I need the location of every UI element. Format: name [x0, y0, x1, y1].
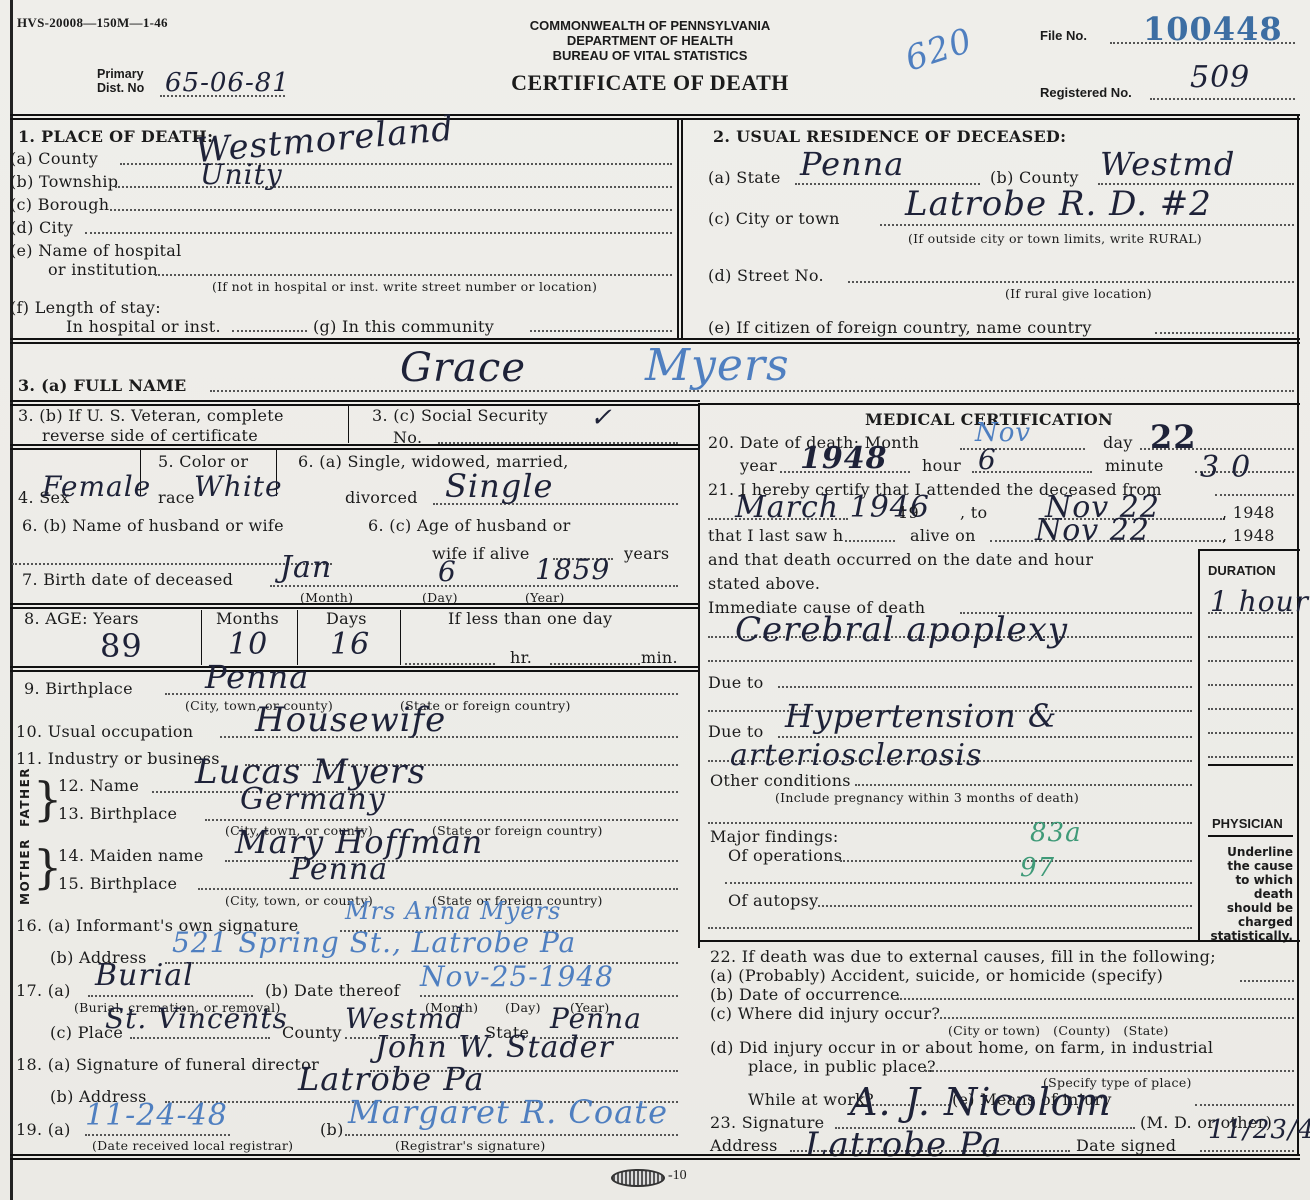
- age-months-value[interactable]: 10: [228, 627, 268, 662]
- father-birthplace-label: 13. Birthplace: [58, 804, 177, 823]
- due-to-label-1: Due to: [708, 673, 764, 692]
- residence-county-value[interactable]: Westmd: [1100, 145, 1235, 183]
- file-no-label: File No.: [1040, 28, 1087, 43]
- hospital-label-1: (e) Name of hospital: [10, 241, 182, 260]
- spouse-age-label-1: 6. (c) Age of husband or: [368, 516, 571, 535]
- residence-city-note: (If outside city or town limits, write R…: [908, 231, 1202, 246]
- operations-line: [840, 860, 1192, 862]
- external-d-label-1: (d) Did injury occur in or about home, o…: [710, 1038, 1213, 1057]
- autopsy-label: Of autopsy: [728, 891, 819, 910]
- burial-type-line: [88, 995, 253, 997]
- birth-year-value[interactable]: 1859: [535, 553, 610, 586]
- min-line: [550, 663, 640, 665]
- spouse-name-label: 6. (b) Name of husband or wife: [22, 516, 284, 535]
- statement-line-1: and that death occurred on the date and …: [708, 550, 1093, 569]
- due-to-line-1: [778, 686, 1192, 688]
- external-c-line: [940, 1017, 1294, 1019]
- duration-line-5: [1208, 708, 1293, 710]
- external-heading: 22. If death was due to external causes,…: [710, 947, 1216, 966]
- birthplace-label: 9. Birthplace: [24, 679, 133, 698]
- other-conditions-line: [855, 784, 1192, 786]
- death-hour-label: hour: [922, 456, 961, 475]
- age-years-value[interactable]: 89: [100, 627, 143, 665]
- residence-street-label: (d) Street No.: [708, 266, 824, 285]
- autopsy-line: [818, 905, 1192, 907]
- primary-dist-label: Primary Dist. No: [97, 67, 144, 95]
- duration-line-7: [1208, 756, 1293, 758]
- duration-line-6: [1208, 732, 1293, 734]
- file-no-value[interactable]: 100448: [1143, 10, 1283, 48]
- stay-community-line: [530, 330, 672, 332]
- burial-date-line: [420, 995, 678, 997]
- other-conditions-line-2: [708, 822, 1192, 824]
- agency-block: COMMONWEALTH OF PENNSYLVANIA DEPARTMENT …: [470, 18, 830, 63]
- hospital-note: (If not in hospital or inst. write stree…: [212, 279, 597, 294]
- duration-line-1: [1208, 612, 1293, 614]
- city-line: [85, 232, 672, 234]
- external-b-label: (b) Date of occurrence: [710, 985, 900, 1004]
- major-findings-label: Major findings:: [710, 827, 839, 846]
- burial-day-caption: (Day): [505, 1000, 541, 1015]
- attended-to-year: , 1948: [1222, 503, 1275, 522]
- duration-bottom-rule: [1208, 764, 1293, 766]
- immediate-cause-value[interactable]: Cerebral apoplexy: [735, 610, 1068, 650]
- age-days-label: Days: [326, 609, 367, 628]
- spouse-age-unit: years: [624, 544, 669, 563]
- parents-side-label: MOTHER FATHER: [18, 767, 32, 905]
- form-code: HVS-20008—150M—1-46: [17, 15, 168, 31]
- agency-line-2: DEPARTMENT OF HEALTH: [470, 33, 830, 48]
- full-name-label: 3. (a) FULL NAME: [18, 376, 186, 395]
- registrar-signature-value[interactable]: Margaret R. Coate: [348, 1093, 668, 1131]
- marital-value[interactable]: Single: [445, 467, 553, 505]
- union-label-icon: [611, 1169, 665, 1187]
- residence-city-value[interactable]: Latrobe R. D. #2: [905, 184, 1212, 224]
- borough-line: [110, 209, 672, 211]
- first-name-value[interactable]: Grace: [400, 345, 526, 391]
- physician-note: Underline the cause to which death shoul…: [1210, 845, 1293, 943]
- external-c-label: (c) Where did injury occur?: [710, 1004, 940, 1023]
- duration-line-3: [1208, 660, 1293, 662]
- veteran-label-2: reverse side of certificate: [42, 426, 258, 445]
- burial-place-line: [130, 1037, 270, 1039]
- registered-no-label: Registered No.: [1040, 85, 1132, 100]
- township-label: (b) Township: [10, 172, 118, 191]
- residence-city-label: (c) City or town: [708, 209, 840, 228]
- agency-line-3: BUREAU OF VITAL STATISTICS: [470, 48, 830, 63]
- residence-state-label: (a) State: [708, 168, 781, 187]
- external-d-label-2: place, in public place?: [748, 1057, 936, 1076]
- residence-state-value[interactable]: Penna: [800, 145, 904, 183]
- age-days-value[interactable]: 16: [330, 627, 370, 662]
- registered-no-line: [1150, 98, 1295, 100]
- death-day-value[interactable]: 22: [1150, 418, 1197, 456]
- residence-street-line: [848, 281, 1294, 283]
- name-divider-right: [700, 403, 1300, 405]
- right-border: [1297, 114, 1299, 1154]
- margin-note: 620: [900, 20, 977, 79]
- external-b-line: [897, 998, 1294, 1000]
- burial-type-label: 17. (a): [16, 981, 71, 1000]
- registrar-date-label: 19. (a): [16, 1120, 71, 1139]
- hr-line: [405, 663, 495, 665]
- hospital-line: [155, 274, 672, 276]
- borough-label: (c) Borough: [10, 195, 109, 214]
- external-c-caption: (City or town) (County) (State): [948, 1023, 1169, 1038]
- external-a-label: (a) (Probably) Accident, suicide, or hom…: [710, 966, 1163, 985]
- section-divider-vertical: [677, 120, 683, 340]
- birth-date-line: [270, 585, 678, 587]
- registrar-signature-label: (b): [320, 1120, 344, 1139]
- external-e-line: [1195, 1104, 1294, 1106]
- registered-no-value[interactable]: 509: [1190, 60, 1250, 95]
- residence-heading: 2. USUAL RESIDENCE OF DECEASED:: [713, 127, 1066, 146]
- birth-date-label: 7. Birth date of deceased: [22, 570, 233, 589]
- physician-address-label: Address: [710, 1136, 778, 1155]
- ssn-value[interactable]: ✓: [590, 403, 613, 433]
- min-label: min.: [641, 648, 678, 667]
- foreign-country-label: (e) If citizen of foreign country, name …: [708, 318, 1092, 337]
- residence-street-note: (If rural give location): [1005, 286, 1152, 301]
- birth-day-value[interactable]: 6: [438, 555, 457, 588]
- operations-line-2: [725, 882, 1192, 884]
- physician-signature-value[interactable]: A. J. Nicolom: [850, 1080, 1112, 1124]
- residence-city-line: [880, 224, 1294, 226]
- burial-place-value[interactable]: St. Vincents: [105, 1002, 288, 1035]
- age-divider: [10, 666, 700, 672]
- alive-on-label: alive on: [910, 526, 976, 545]
- other-conditions-note: (Include pregnancy within 3 months of de…: [775, 790, 1079, 805]
- death-year-value[interactable]: 1948: [800, 441, 888, 476]
- duration-line-2: [1208, 636, 1293, 638]
- operations-label: Of operations: [728, 846, 842, 865]
- father-name-label: 12. Name: [58, 776, 139, 795]
- place-of-death-heading: 1. PLACE OF DEATH:: [18, 127, 213, 146]
- last-name-value[interactable]: Myers: [645, 340, 790, 391]
- occupation-label: 10. Usual occupation: [16, 722, 193, 741]
- funeral-director-label: 18. (a) Signature of funeral director: [16, 1055, 319, 1074]
- ssn-divider: [10, 444, 700, 450]
- last-saw-pronoun-line: [845, 540, 895, 542]
- mother-birthplace-value[interactable]: Penna: [290, 852, 388, 887]
- physician-rule: [1208, 835, 1293, 837]
- burial-date-value[interactable]: Nov-25-1948: [420, 960, 614, 993]
- hr-label: hr.: [510, 648, 532, 667]
- veteran-label-1: 3. (b) If U. S. Veteran, complete: [18, 406, 284, 425]
- registrar-date-value[interactable]: 11-24-48: [85, 1098, 228, 1133]
- due-to-value[interactable]: Hypertension &: [785, 697, 1057, 735]
- birthplace-value[interactable]: Penna: [205, 658, 309, 696]
- agency-line-1: COMMONWEALTH OF PENNSYLVANIA: [470, 18, 830, 33]
- immediate-cause-line-3: [708, 660, 1192, 662]
- color-label-1: 5. Color or: [158, 452, 248, 471]
- city-label: (d) City: [10, 218, 73, 237]
- age-divider-1: [201, 610, 202, 665]
- ssn-label-1: 3. (c) Social Security: [372, 406, 548, 425]
- death-minute-label: minute: [1105, 456, 1164, 475]
- physician-heading: PHYSICIAN: [1212, 816, 1283, 831]
- occupation-value[interactable]: Housewife: [255, 700, 446, 740]
- death-hour-value[interactable]: 6: [978, 443, 997, 476]
- duration-line-4: [1208, 684, 1293, 686]
- hospital-label-2: or institution: [48, 260, 158, 279]
- last-saw-value[interactable]: Nov 22: [1035, 513, 1150, 548]
- code-2: 97: [1020, 853, 1055, 883]
- last-saw-year: , 1948: [1222, 526, 1275, 545]
- color-value[interactable]: White: [194, 470, 283, 503]
- death-minute-value[interactable]: 30: [1200, 450, 1262, 485]
- certificate-title: CERTIFICATE OF DEATH: [470, 70, 830, 96]
- date-signed-value[interactable]: 11/23/48: [1208, 1115, 1310, 1145]
- duration-heading: DURATION: [1208, 563, 1276, 578]
- township-value[interactable]: Unity: [200, 158, 283, 191]
- primary-dist-value[interactable]: 65-06-81: [165, 68, 290, 98]
- age-divider-2: [297, 610, 298, 665]
- external-d-line: [925, 1070, 1294, 1072]
- date-signed-line: [1200, 1150, 1294, 1152]
- informant-signature-value[interactable]: Mrs Anna Myers: [345, 897, 561, 925]
- stay-community-label: (g) In this community: [313, 317, 494, 336]
- medical-bottom-rule: [698, 940, 1300, 942]
- township-line: [115, 186, 672, 188]
- due-to-value-2[interactable]: arteriosclerosis: [730, 738, 982, 773]
- date-signed-label: Date signed: [1076, 1136, 1176, 1155]
- header-divider: [10, 114, 1300, 120]
- mother-maiden-label: 14. Maiden name: [58, 846, 204, 865]
- color-label-2: race: [158, 488, 195, 507]
- age-divider-3: [400, 610, 401, 665]
- other-conditions-label: Other conditions: [710, 771, 851, 790]
- registrar-date-caption: (Date received local registrar): [92, 1138, 293, 1153]
- dist-no-label: Dist. No: [97, 81, 144, 95]
- mother-birthplace-line: [198, 888, 678, 890]
- external-a-line: [1240, 980, 1294, 982]
- primary-label: Primary: [97, 67, 144, 81]
- marital-label-2: divorced: [345, 488, 418, 507]
- birth-month-value[interactable]: Jan: [280, 550, 332, 585]
- informant-address-value[interactable]: 521 Spring St., Latrobe Pa: [172, 926, 576, 959]
- duration-top-border: [1198, 549, 1300, 551]
- stay-hospital-line: [232, 330, 307, 332]
- attended-nineteen: 19: [898, 503, 919, 522]
- stay-hospital-label: In hospital or inst.: [66, 317, 221, 336]
- burial-date-label: (b) Date thereof: [265, 981, 400, 1000]
- autopsy-line-2: [708, 927, 1192, 929]
- sex-value[interactable]: Female: [42, 470, 151, 503]
- foreign-country-line: [1155, 332, 1294, 334]
- last-saw-label: that I last saw h: [708, 526, 844, 545]
- duration-border: [1198, 549, 1200, 942]
- death-certificate: HVS-20008—150M—1-46 COMMONWEALTH OF PENN…: [0, 0, 1310, 1200]
- bottom-divider: [10, 1154, 1300, 1160]
- death-day-label: day: [1103, 433, 1133, 452]
- veteran-divider: [348, 405, 349, 443]
- county-label: (a) County: [10, 149, 98, 168]
- statement-line-2: stated above.: [708, 574, 820, 593]
- registrar-signature-line: [345, 1134, 678, 1136]
- registrar-signature-caption: (Registrar's signature): [395, 1138, 546, 1153]
- father-birthplace-line: [205, 819, 678, 821]
- age-years-label: 8. AGE: Years: [24, 609, 139, 628]
- attended-to-label: , to: [960, 503, 987, 522]
- medical-left-border: [698, 403, 700, 948]
- length-of-stay-label: (f) Length of stay:: [10, 298, 161, 317]
- industry-label: 11. Industry or business: [16, 749, 220, 768]
- registrar-date-line: [85, 1134, 230, 1136]
- age-months-label: Months: [216, 609, 279, 628]
- code-1: 83a: [1030, 818, 1082, 848]
- less-than-day-label: If less than one day: [448, 609, 612, 628]
- burial-county-label: County: [282, 1023, 342, 1042]
- attended-from-line-1: [1215, 494, 1294, 496]
- print-code: -10: [668, 1168, 687, 1184]
- death-year-label: year: [740, 456, 777, 475]
- mother-side-label: MOTHER: [18, 838, 32, 905]
- father-side-label: FATHER: [18, 767, 32, 827]
- burial-type-value[interactable]: Burial: [95, 958, 194, 993]
- mother-birthplace-label: 15. Birthplace: [58, 874, 177, 893]
- father-birthplace-value[interactable]: Germany: [240, 782, 386, 817]
